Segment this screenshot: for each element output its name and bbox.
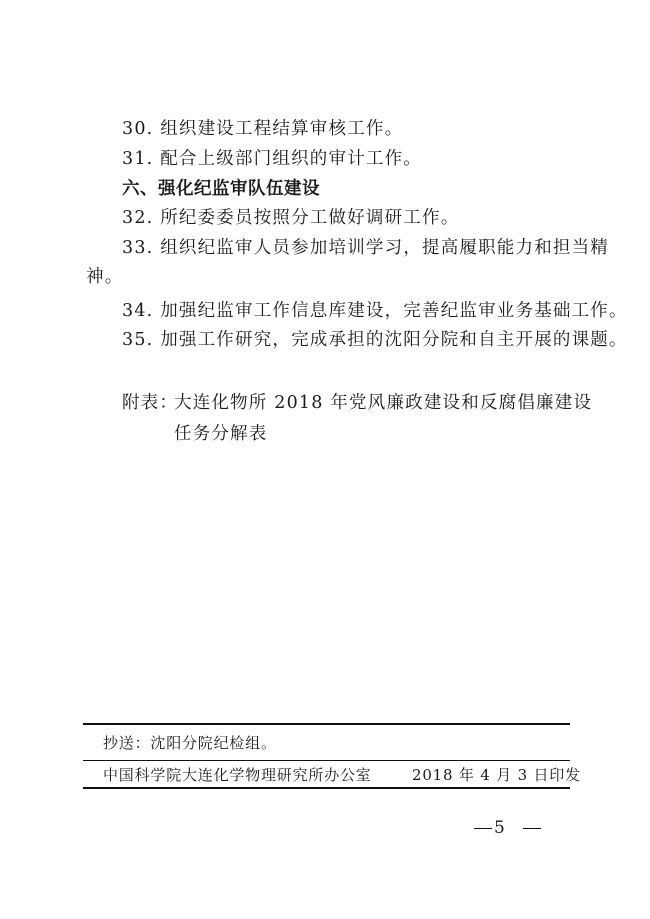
- section-heading-6: 六、强化纪监审队伍建设: [122, 178, 320, 200]
- attachment-label: 附表：: [122, 392, 178, 414]
- footer-bottom-rule: [83, 787, 570, 789]
- item-34: 34. 加强纪监审工作信息库建设，完善纪监审业务基础工作。: [122, 300, 628, 322]
- issue-date: 2018 年 4 月 3 日印发: [412, 765, 581, 785]
- item-35: 35. 加强工作研究，完成承担的沈阳分院和自主开展的课题。: [122, 329, 628, 351]
- item-30: 30. 组织建设工程结算审核工作。: [122, 118, 403, 140]
- footer-middle-rule: [83, 760, 570, 761]
- item-32: 32. 所纪委委员按照分工做好调研工作。: [122, 207, 459, 229]
- cc-line: 抄送：沈阳分院纪检组。: [103, 733, 277, 753]
- item-33-continuation: 神。: [86, 266, 123, 288]
- attachment-title-line1: 大连化物所 2018 年党风廉政建设和反腐倡廉建设: [174, 392, 592, 414]
- item-31: 31. 配合上级部门组织的审计工作。: [122, 148, 422, 170]
- issuer: 中国科学院大连化学物理研究所办公室: [103, 765, 372, 785]
- attachment-title-line2: 任务分解表: [174, 423, 268, 445]
- dash-left: [474, 828, 492, 830]
- item-33: 33. 组织纪监审人员参加培训学习，提高履职能力和担当精: [122, 237, 609, 259]
- dash-right: [523, 828, 541, 830]
- page-number-value: 5: [494, 818, 505, 838]
- footer-top-rule: [83, 723, 570, 725]
- page-number: 5: [474, 818, 541, 838]
